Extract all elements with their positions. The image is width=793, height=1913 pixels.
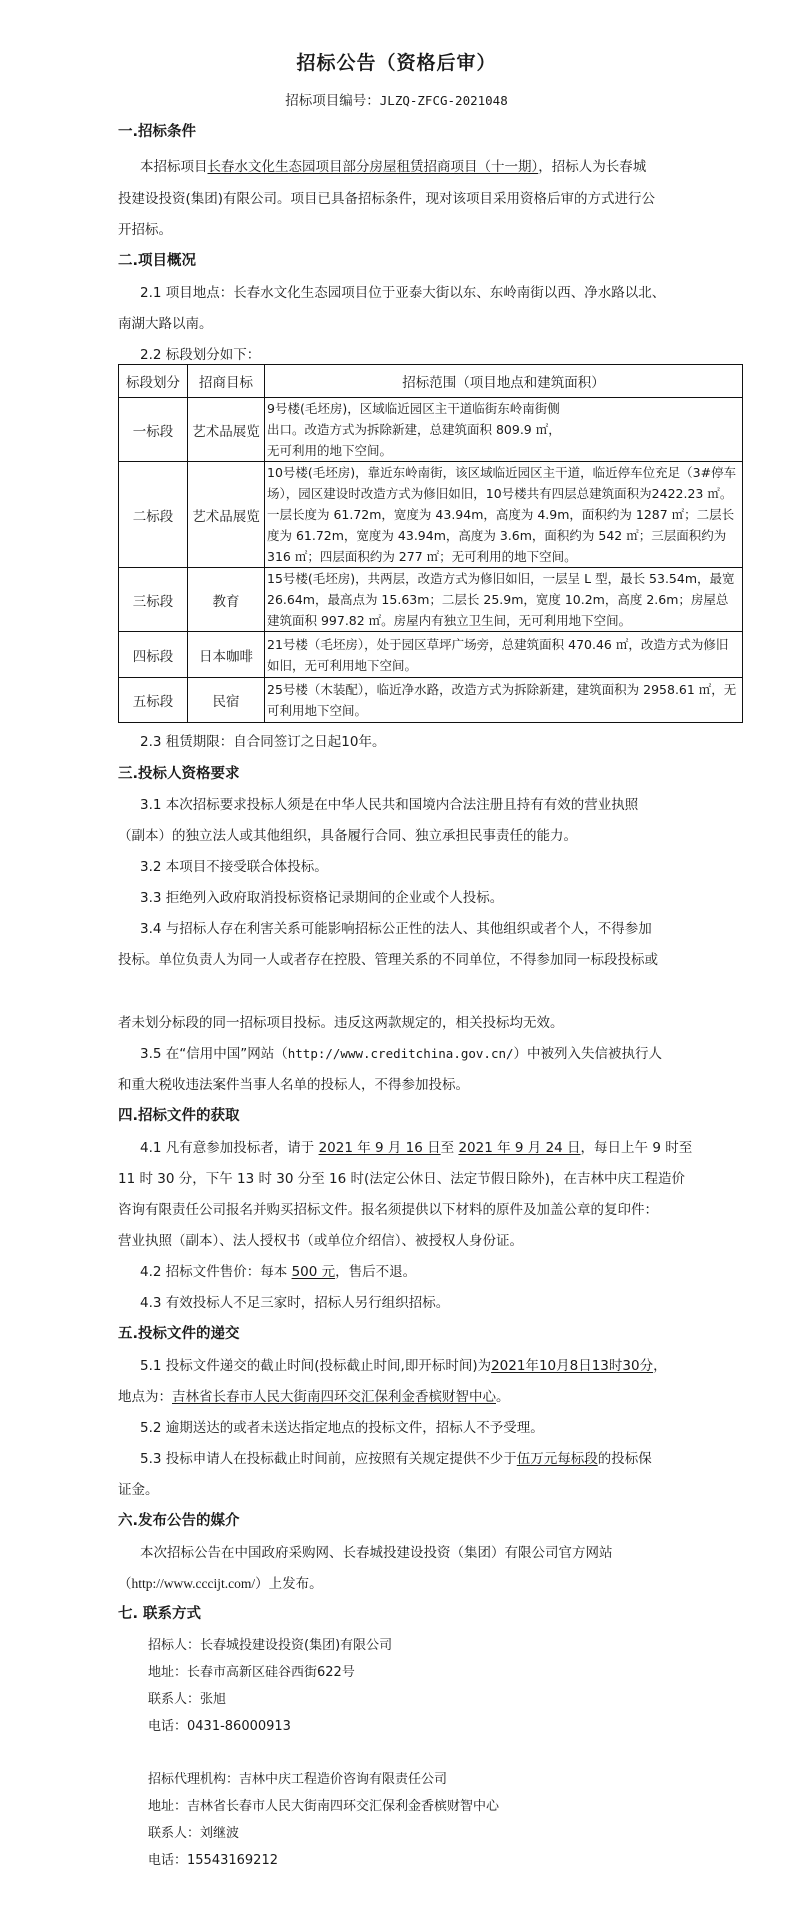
section1-line2: 投建设投资(集团)有限公司。项目已具备招标条件，现对该项目采用资格后审的方式进行…: [118, 187, 655, 207]
section-heading-contact: 七. 联系方式: [118, 1602, 201, 1623]
cell-scope: 10号楼(毛坯房)，靠近东岭南街，该区域临近园区主干道，临近停车位充足（3#停车…: [265, 462, 743, 568]
cell-segment: 四标段: [119, 632, 188, 678]
item-5-3-line1: 5.3 投标申请人在投标截止时间前，应按照有关规定提供不少于伍万元每标段的投标保: [140, 1447, 652, 1467]
item-2-1-line2: 南湖大路以南。: [118, 312, 213, 332]
cell-scope: 21号楼（毛坯房），处于园区草坪广场旁，总建筑面积 470.46 ㎡，改造方式为…: [265, 632, 743, 678]
cell-target: 艺术品展览: [188, 398, 265, 462]
page-title: 招标公告（资格后审）: [0, 48, 793, 75]
cell-target: 艺术品展览: [188, 462, 265, 568]
header-segment: 标段划分: [119, 365, 188, 398]
item-5-1-line1: 5.1 投标文件递交的截止时间(投标截止时间,即开标时间)为2021年10月8日…: [140, 1354, 667, 1374]
section-heading-tender-conditions: 一.招标条件: [118, 120, 196, 141]
document-price: 500 元: [292, 1264, 336, 1280]
table-header-row: 标段划分 招商目标 招标范围（项目地点和建筑面积）: [119, 365, 743, 398]
official-site-url: http://www.cccijt.com/: [132, 1576, 256, 1591]
project-code-value: JLZQ-ZFCG-2021048: [380, 93, 508, 108]
start-date: 2021 年 9 月 16 日: [319, 1140, 441, 1156]
tenderer-phone: 电话：0431-86000913: [148, 1715, 291, 1734]
cell-scope: 15号楼(毛坯房)，共两层，改造方式为修旧如旧，一层呈 L 型，最长 53.54…: [265, 568, 743, 632]
item-2-3: 2.3 租赁期限：自合同签订之日起10年。: [140, 730, 385, 750]
header-scope: 招标范围（项目地点和建筑面积）: [265, 365, 743, 398]
item-4-1-line2: 11 时 30 分，下午 13 时 30 分至 16 时(法定公休日、法定节假日…: [118, 1167, 685, 1187]
item-4-3: 4.3 有效投标人不足三家时，招标人另行组织招标。: [140, 1291, 449, 1311]
bid-segments-table: 标段划分 招商目标 招标范围（项目地点和建筑面积） 一标段 艺术品展览 9号楼(…: [118, 364, 743, 723]
item-3-4-line3: 者未划分标段的同一招标项目投标。违反这两款规定的，相关投标均无效。: [118, 1011, 564, 1031]
section-heading-project-overview: 二.项目概况: [118, 249, 196, 270]
cell-scope: 9号楼(毛坯房)，区域临近园区主干道临街东岭南街侧出口。改造方式为拆除新建，总建…: [265, 398, 743, 462]
table-row: 四标段 日本咖啡 21号楼（毛坯房），处于园区草坪广场旁，总建筑面积 470.4…: [119, 632, 743, 678]
section1-line1: 本招标项目长春水文化生态园项目部分房屋租赁招商项目（十一期），招标人为长春城: [140, 155, 646, 175]
section6-line1: 本次招标公告在中国政府采购网、长春城投建设投资（集团）有限公司官方网站: [140, 1541, 613, 1561]
section-heading-bidder-qualifications: 三.投标人资格要求: [118, 762, 240, 783]
cell-segment: 三标段: [119, 568, 188, 632]
deadline: 2021年10月8日13时30分: [491, 1358, 653, 1374]
item-4-1-line3: 咨询有限责任公司报名并购买招标文件。报名须提供以下材料的原件及加盖公章的复印件：: [118, 1198, 658, 1218]
header-target: 招商目标: [188, 365, 265, 398]
agency-name: 招标代理机构：吉林中庆工程造价咨询有限责任公司: [148, 1768, 447, 1787]
table-row: 一标段 艺术品展览 9号楼(毛坯房)，区域临近园区主干道临街东岭南街侧出口。改造…: [119, 398, 743, 462]
item-3-1-line2: （副本）的独立法人或其他组织，具备履行合同、独立承担民事责任的能力。: [118, 824, 577, 844]
section-heading-submission: 五.投标文件的递交: [118, 1322, 240, 1343]
item-3-4-line2: 投标。单位负责人为同一人或者存在控股、管理关系的不同单位，不得参加同一标段投标或: [118, 948, 658, 968]
item-4-1-line4: 营业执照（副本）、法人授权书（或单位介绍信）、被授权人身份证。: [118, 1229, 523, 1249]
item-5-3-line2: 证金。: [118, 1478, 159, 1498]
table-row: 五标段 民宿 25号楼（木装配），临近净水路，改造方式为拆除新建，建筑面积为 2…: [119, 678, 743, 723]
table-row: 三标段 教育 15号楼(毛坯房)，共两层，改造方式为修旧如旧，一层呈 L 型，最…: [119, 568, 743, 632]
item-3-5-line2: 和重大税收违法案件当事人名单的投标人，不得参加投标。: [118, 1073, 469, 1093]
item-4-2: 4.2 招标文件售价：每本 500 元，售后不退。: [140, 1260, 416, 1280]
cell-target: 民宿: [188, 678, 265, 723]
item-5-2: 5.2 逾期送达的或者未送达指定地点的投标文件，招标人不予受理。: [140, 1416, 544, 1436]
cell-segment: 二标段: [119, 462, 188, 568]
item-2-1-line1: 2.1 项目地点：长春水文化生态园项目位于亚泰大街以东、东岭南街以西、净水路以北…: [140, 281, 665, 301]
project-code: 招标项目编号：JLZQ-ZFCG-2021048: [0, 89, 793, 109]
item-3-1-line1: 3.1 本次招标要求投标人须是在中华人民共和国境内合法注册且持有有效的营业执照: [140, 793, 638, 813]
creditchina-url: http://www.creditchina.gov.cn/: [288, 1046, 514, 1061]
item-4-1-line1: 4.1 凡有意参加投标者，请于 2021 年 9 月 16 日至 2021 年 …: [140, 1136, 692, 1156]
item-3-5-line1: 3.5 在“信用中国”网站（http://www.creditchina.gov…: [140, 1042, 662, 1062]
cell-segment: 五标段: [119, 678, 188, 723]
cell-segment: 一标段: [119, 398, 188, 462]
tenderer-address: 地址：长春市高新区硅谷西街622号: [148, 1661, 355, 1680]
tenderer-contact: 联系人：张旭: [148, 1688, 226, 1707]
section-heading-obtain-documents: 四.招标文件的获取: [118, 1104, 240, 1125]
agency-phone: 电话：15543169212: [148, 1849, 278, 1868]
end-date: 2021 年 9 月 24 日: [458, 1140, 580, 1156]
project-code-label: 招标项目编号：: [285, 93, 380, 109]
item-3-4-line1: 3.4 与招标人存在利害关系可能影响招标公正性的法人、其他组织或者个人，不得参加: [140, 917, 652, 937]
bid-bond-amount: 伍万元每标段: [517, 1451, 598, 1467]
agency-address: 地址：吉林省长春市人民大街南四环交汇保利金香槟财智中心: [148, 1795, 499, 1814]
section1-line3: 开招标。: [118, 218, 172, 238]
tenderer-name: 招标人：长春城投建设投资(集团)有限公司: [148, 1634, 392, 1653]
cell-scope: 25号楼（木装配），临近净水路，改造方式为拆除新建，建筑面积为 2958.61 …: [265, 678, 743, 723]
agency-contact: 联系人：刘继波: [148, 1822, 239, 1841]
item-5-1-line2: 地点为：吉林省长春市人民大街南四环交汇保利金香槟财智中心。: [118, 1385, 510, 1405]
cell-target: 教育: [188, 568, 265, 632]
cell-target: 日本咖啡: [188, 632, 265, 678]
item-3-2: 3.2 本项目不接受联合体投标。: [140, 855, 328, 875]
project-name: 长春水文化生态园项目部分房屋租赁招商项目（十一期）: [208, 159, 539, 175]
item-3-3: 3.3 拒绝列入政府取消投标资格记录期间的企业或个人投标。: [140, 886, 503, 906]
item-2-2: 2.2 标段划分如下：: [140, 343, 260, 363]
section-heading-publication-media: 六.发布公告的媒介: [118, 1509, 240, 1530]
table-row: 二标段 艺术品展览 10号楼(毛坯房)，靠近东岭南街，该区域临近园区主干道，临近…: [119, 462, 743, 568]
section6-line2: （http://www.cccijt.com/）上发布。: [118, 1572, 323, 1592]
submission-location: 吉林省长春市人民大街南四环交汇保利金香槟财智中心: [172, 1389, 496, 1405]
